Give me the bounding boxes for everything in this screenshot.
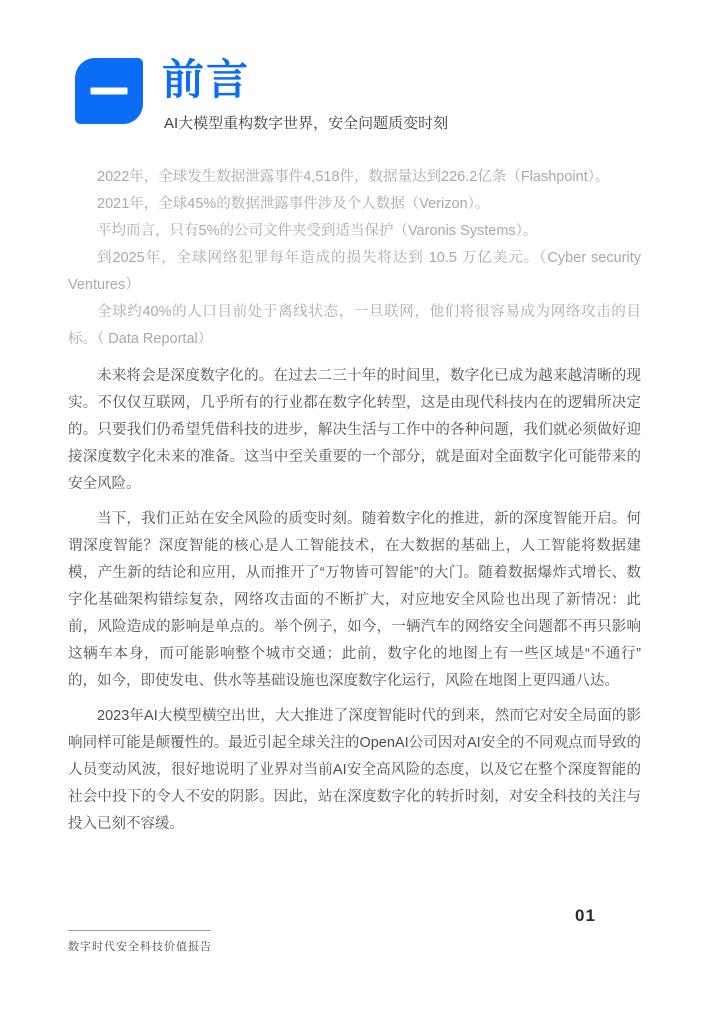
- document-page: 前言 AI大模型重构数字世界，安全问题质变时刻 2022年，全球发生数据泄露事件…: [0, 0, 710, 1025]
- report-title: 数字时代安全科技价值报告: [68, 938, 212, 954]
- content-area: 2022年，全球发生数据泄露事件4,518件，数据量达到226.2亿条（Flas…: [68, 164, 641, 838]
- section-header: 前言 AI大模型重构数字世界，安全问题质变时刻: [75, 58, 448, 134]
- footer-divider: [68, 930, 211, 931]
- body-paragraph: 未来将会是深度数字化的。在过去二三十年的时间里，数字化已成为越来越清晰的现实。不…: [68, 363, 641, 498]
- section-badge: [75, 58, 143, 124]
- header-text: 前言 AI大模型重构数字世界，安全问题质变时刻: [162, 58, 448, 134]
- stat-item: 平均而言，只有5%的公司文件夹受到适当保护（Varonis Systems）。: [68, 218, 641, 245]
- page-number: 01: [575, 906, 596, 926]
- stat-item: 到2025年，全球网络犯罪每年造成的损失将达到 10.5 万亿美元。（Cyber…: [68, 245, 641, 299]
- body-paragraph: 当下，我们正站在安全风险的质变时刻。随着数字化的推进，新的深度智能开启。何谓深度…: [68, 506, 641, 695]
- stat-item: 全球约40%的人口目前处于离线状态，一旦联网，他们将很容易成为网络攻击的目标。（…: [68, 299, 641, 353]
- stat-item: 2022年，全球发生数据泄露事件4,518件，数据量达到226.2亿条（Flas…: [68, 164, 641, 191]
- statistics-block: 2022年，全球发生数据泄露事件4,518件，数据量达到226.2亿条（Flas…: [68, 164, 641, 353]
- page-subtitle: AI大模型重构数字世界，安全问题质变时刻: [164, 114, 448, 134]
- stat-item: 2021年，全球45%的数据泄露事件涉及个人数据（Verizon）。: [68, 191, 641, 218]
- body-paragraph: 2023年AI大模型横空出世，大大推进了深度智能时代的到来，然而它对安全局面的影…: [68, 703, 641, 838]
- footer-left: 数字时代安全科技价值报告: [68, 930, 212, 954]
- page-title: 前言: [162, 58, 448, 102]
- dash-icon: [91, 88, 128, 95]
